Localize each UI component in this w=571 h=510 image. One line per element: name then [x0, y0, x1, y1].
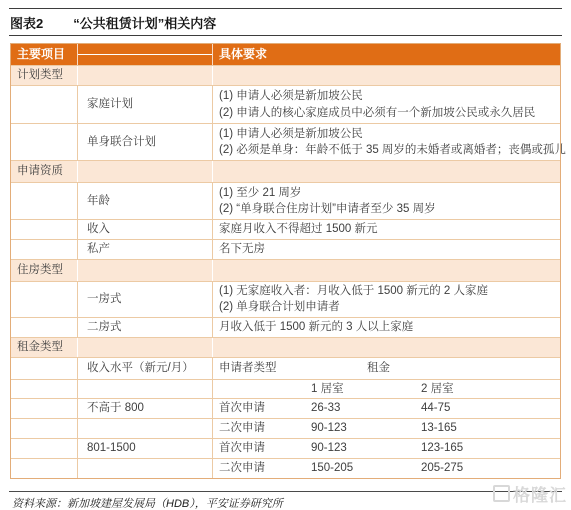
empty-cell — [11, 220, 77, 239]
empty-cell — [11, 358, 77, 379]
rent-values: 二次申请 90-123 13-165 — [212, 419, 560, 438]
empty-cell — [11, 183, 77, 219]
empty-cell — [11, 86, 77, 123]
requirement-line: (2) 申请人的核心家庭成员中必须有一个新加坡公民或永久居民 — [219, 105, 555, 122]
rent-values: 二次申请 150-205 205-275 — [212, 459, 560, 478]
two-room-label: 二房式 — [77, 318, 212, 337]
empty-cell — [212, 260, 560, 281]
row-two-room-flat: 二房式 月收入低于 1500 新元的 3 人以上家庭 — [11, 317, 560, 337]
age-requirements: (1) 至少 21 周岁 (2) “单身联合住房计划”申请者至少 35 周岁 — [212, 183, 560, 219]
empty-cell — [11, 240, 77, 259]
age-label: 年龄 — [77, 183, 212, 219]
applicant-type-header: 申请者类型 — [213, 358, 305, 379]
applicant-type: 首次申请 — [213, 439, 305, 458]
footer-rule-line — [9, 491, 562, 492]
category-label-plan-type: 计划类型 — [11, 66, 77, 85]
empty-cell — [11, 419, 77, 438]
income-requirement: 家庭月收入不得超过 1500 新元 — [212, 220, 560, 239]
row-age: 年龄 (1) 至少 21 周岁 (2) “单身联合住房计划”申请者至少 35 周… — [11, 182, 560, 219]
rent-subheader: 申请者类型 租金 — [212, 358, 560, 379]
row-single-joint-plan: 单身联合计划 (1) 申请人必须是新加坡公民 (2) 必须是单身：年龄不低于 3… — [11, 123, 560, 160]
rent-values: 首次申请 90-123 123-165 — [212, 439, 560, 458]
gelonghui-logo-icon — [493, 485, 510, 502]
category-row-plan-type: 计划类型 — [11, 65, 560, 85]
rent-two-bedroom: 123-165 — [415, 439, 560, 458]
requirement-line: (1) 申请人必须是新加坡公民 — [219, 126, 566, 143]
requirement-line: (2) 单身联合计划申请者 — [219, 299, 555, 316]
rent-row-low-first: 不高于 800 首次申请 26-33 44-75 — [11, 398, 560, 418]
header-main-item: 主要项目 — [11, 44, 77, 65]
row-family-plan: 家庭计划 (1) 申请人必须是新加坡公民 (2) 申请人的核心家庭成员中必须有一… — [11, 85, 560, 123]
category-row-eligibility: 申请资质 — [11, 160, 560, 182]
private-property-requirement: 名下无房 — [212, 240, 560, 259]
rent-two-bedroom: 13-165 — [415, 419, 560, 438]
rent-one-bedroom: 150-205 — [305, 459, 415, 478]
rent-one-bedroom: 26-33 — [305, 399, 415, 418]
single-joint-plan-label: 单身联合计划 — [77, 124, 212, 160]
rent-row-high-first: 801-1500 首次申请 90-123 123-165 — [11, 438, 560, 458]
income-label: 收入 — [77, 220, 212, 239]
family-plan-requirements: (1) 申请人必须是新加坡公民 (2) 申请人的核心家庭成员中必须有一个新加坡公… — [212, 86, 560, 123]
requirement-line: (1) 至少 21 周岁 — [219, 185, 555, 202]
two-bedroom-header: 2 居室 — [415, 380, 560, 399]
empty-cell — [77, 338, 212, 357]
empty-cell — [11, 399, 77, 418]
empty-cell — [212, 338, 560, 357]
rent-header: 租金 — [305, 358, 560, 379]
rent-two-bedroom: 44-75 — [415, 399, 560, 418]
applicant-type: 二次申请 — [213, 459, 305, 478]
rent-one-bedroom: 90-123 — [305, 419, 415, 438]
applicant-type: 首次申请 — [213, 399, 305, 418]
private-property-label: 私产 — [77, 240, 212, 259]
one-room-label: 一房式 — [77, 282, 212, 317]
income-level-label: 收入水平（新元/月） — [77, 358, 212, 379]
empty-cell — [11, 124, 77, 160]
rent-row-low-second: 二次申请 90-123 13-165 — [11, 418, 560, 438]
category-row-housing-type: 住房类型 — [11, 259, 560, 281]
figure-title-bar: 图表2 “公共租赁计划”相关内容 — [10, 13, 571, 32]
table-header-row: 主要项目 具体要求 — [11, 44, 560, 65]
one-room-requirements: (1) 无家庭收入者：月收入低于 1500 新元的 2 人家庭 (2) 单身联合… — [212, 282, 560, 317]
category-row-rent-type: 租金类型 — [11, 337, 560, 357]
empty-cell — [212, 66, 560, 85]
header-requirements: 具体要求 — [212, 44, 560, 65]
empty-cell — [213, 380, 305, 399]
applicant-type: 二次申请 — [213, 419, 305, 438]
empty-cell — [77, 161, 212, 182]
empty-cell — [11, 380, 77, 399]
income-band-label — [77, 419, 212, 438]
rent-values: 首次申请 26-33 44-75 — [212, 399, 560, 418]
category-label-eligibility: 申请资质 — [11, 161, 77, 182]
requirement-line: 月收入低于 1500 新元的 3 人以上家庭 — [219, 319, 555, 336]
row-room-type-header: 1 居室 2 居室 — [11, 379, 560, 399]
single-joint-plan-requirements: (1) 申请人必须是新加坡公民 (2) 必须是单身：年龄不低于 35 周岁的未婚… — [212, 124, 571, 160]
row-income: 收入 家庭月收入不得超过 1500 新元 — [11, 219, 560, 239]
header-divider-line — [78, 54, 212, 55]
requirement-line: (2) “单身联合住房计划”申请者至少 35 周岁 — [219, 201, 555, 218]
category-label-rent-type: 租金类型 — [11, 338, 77, 357]
data-source: 资料来源：新加坡建屋发展局（HDB），平安证券研究所 — [12, 495, 571, 510]
requirement-line: (1) 无家庭收入者：月收入低于 1500 新元的 2 人家庭 — [219, 283, 555, 300]
two-room-requirement: 月收入低于 1500 新元的 3 人以上家庭 — [212, 318, 560, 337]
top-rule-line — [9, 8, 562, 9]
income-band-label: 801-1500 — [77, 439, 212, 458]
figure-title: “公共租赁计划”相关内容 — [73, 13, 216, 32]
rent-row-high-second: 二次申请 150-205 205-275 — [11, 458, 560, 478]
empty-cell — [77, 66, 212, 85]
family-plan-label: 家庭计划 — [77, 86, 212, 123]
gelonghui-watermark: 格隆汇 — [493, 481, 567, 506]
income-band-label: 不高于 800 — [77, 399, 212, 418]
income-band-label — [77, 459, 212, 478]
one-bedroom-header: 1 居室 — [305, 380, 415, 399]
rent-one-bedroom: 90-123 — [305, 439, 415, 458]
row-private-property: 私产 名下无房 — [11, 239, 560, 259]
empty-cell — [11, 318, 77, 337]
requirement-line: 名下无房 — [219, 241, 555, 258]
empty-cell — [11, 282, 77, 317]
room-type-subheader: 1 居室 2 居室 — [212, 380, 560, 399]
title-underline — [9, 35, 562, 36]
empty-cell — [11, 439, 77, 458]
header-divider-cell — [77, 44, 212, 65]
empty-cell — [77, 380, 212, 399]
requirement-line: 家庭月收入不得超过 1500 新元 — [219, 221, 555, 238]
empty-cell — [11, 459, 77, 478]
rent-two-bedroom: 205-275 — [415, 459, 560, 478]
empty-cell — [77, 260, 212, 281]
watermark-text: 格隆汇 — [513, 481, 567, 506]
public-rental-scheme-table: 主要项目 具体要求 计划类型 家庭计划 (1) 申请人必须是新加坡公民 (2) … — [10, 43, 561, 479]
requirement-line: (1) 申请人必须是新加坡公民 — [219, 88, 555, 105]
empty-cell — [212, 161, 560, 182]
figure-label: 图表2 — [10, 13, 43, 32]
row-income-level-header: 收入水平（新元/月） 申请者类型 租金 — [11, 357, 560, 379]
category-label-housing-type: 住房类型 — [11, 260, 77, 281]
requirement-line: (2) 必须是单身：年龄不低于 35 周岁的未婚者或离婚者；丧偶或孤儿 — [219, 142, 566, 159]
row-one-room-flat: 一房式 (1) 无家庭收入者：月收入低于 1500 新元的 2 人家庭 (2) … — [11, 281, 560, 317]
